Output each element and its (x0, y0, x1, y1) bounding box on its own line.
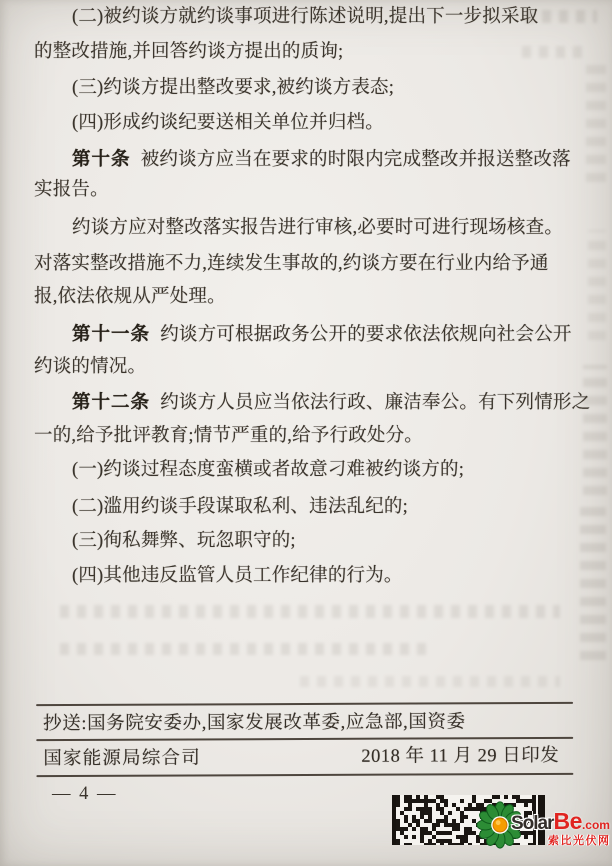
bleed-through-artifact (583, 365, 607, 495)
bleed-through-artifact (525, 10, 597, 23)
2d-barcode (392, 795, 545, 845)
print-date: 2018 年 11 月 29 日印发 (361, 741, 559, 768)
document-body: (二)被约谈方就约谈事项进行陈述说明,提出下一步拟采取的整改措施,并回答约谈方提… (0, 0, 612, 640)
body-line: (三)约谈方提出整改要求,被约谈方表态; (72, 74, 612, 102)
wordmark-domain: .com (582, 818, 610, 832)
bleed-through-artifact (60, 643, 430, 655)
copy-to-line: 抄送:国务院安委办,国家发展改革委,应急部,国资委 (43, 707, 466, 735)
bleed-through-artifact (588, 230, 606, 340)
body-line: 约谈方应对整改落实报告进行审核,必要时可进行现场核查。 (72, 214, 612, 242)
footer-rule-bottom (36, 773, 573, 777)
bleed-through-artifact (522, 46, 582, 58)
barcode-guard-bar (533, 795, 536, 845)
body-line: 第十一条约谈方可根据政务公开的要求依法依规向社会公开 (72, 320, 612, 348)
bleed-through-artifact (60, 605, 560, 618)
barcode-noise (396, 795, 538, 845)
body-line: (二)滥用约谈手段谋取私利、违法乱纪的; (72, 493, 612, 521)
body-line: 一的,给予批评教育;情节严重的,给予行政处分。 (34, 422, 579, 450)
article-number: 第十一条 (72, 323, 150, 344)
article-number: 第十二条 (72, 391, 150, 412)
page-number: — 4 — (52, 784, 118, 805)
body-line: 第十条被约谈方应当在要求的时限内完成整改并报送整改落 (72, 145, 612, 173)
body-line: (四)形成约谈纪要送相关单位并归档。 (72, 109, 612, 137)
footer-rule-top (36, 702, 573, 706)
body-line: 实报告。 (34, 176, 579, 204)
solarbe-wordmark: SolarBe.com (511, 808, 610, 835)
issuing-office: 国家能源局综合司 (43, 743, 201, 770)
body-line: 第十二条约谈方人员应当依法行政、廉洁奉公。有下列情形之 (72, 388, 612, 416)
sunflower-logo-icon (476, 801, 524, 849)
wordmark-be: Be (554, 808, 582, 834)
body-line: 报,依法依规从严处理。 (34, 283, 579, 311)
scanned-document-page: (二)被约谈方就约谈事项进行陈述说明,提出下一步拟采取的整改措施,并回答约谈方提… (0, 0, 612, 866)
bleed-through-artifact (300, 676, 560, 687)
body-line: 约谈的情况。 (34, 353, 579, 381)
body-line: (四)其他违反监管人员工作纪律的行为。 (72, 562, 612, 590)
bleed-through-artifact (586, 62, 606, 182)
bleed-through-artifact (580, 500, 606, 660)
article-number: 第十条 (72, 148, 131, 169)
body-line: 对落实整改措施不力,连续发生事故的,约谈方要在行业内给予通 (34, 250, 579, 278)
body-line: 的整改措施,并回答约谈方提出的质询; (34, 38, 579, 66)
solarbe-chinese-name: 索比光伏网 (548, 832, 611, 848)
body-line: (一)约谈过程态度蛮横或者故意刁难被约谈方的; (72, 456, 612, 484)
body-line: (三)徇私舞弊、玩忽职守的; (72, 527, 612, 555)
wordmark-solar: Solar (511, 813, 554, 834)
